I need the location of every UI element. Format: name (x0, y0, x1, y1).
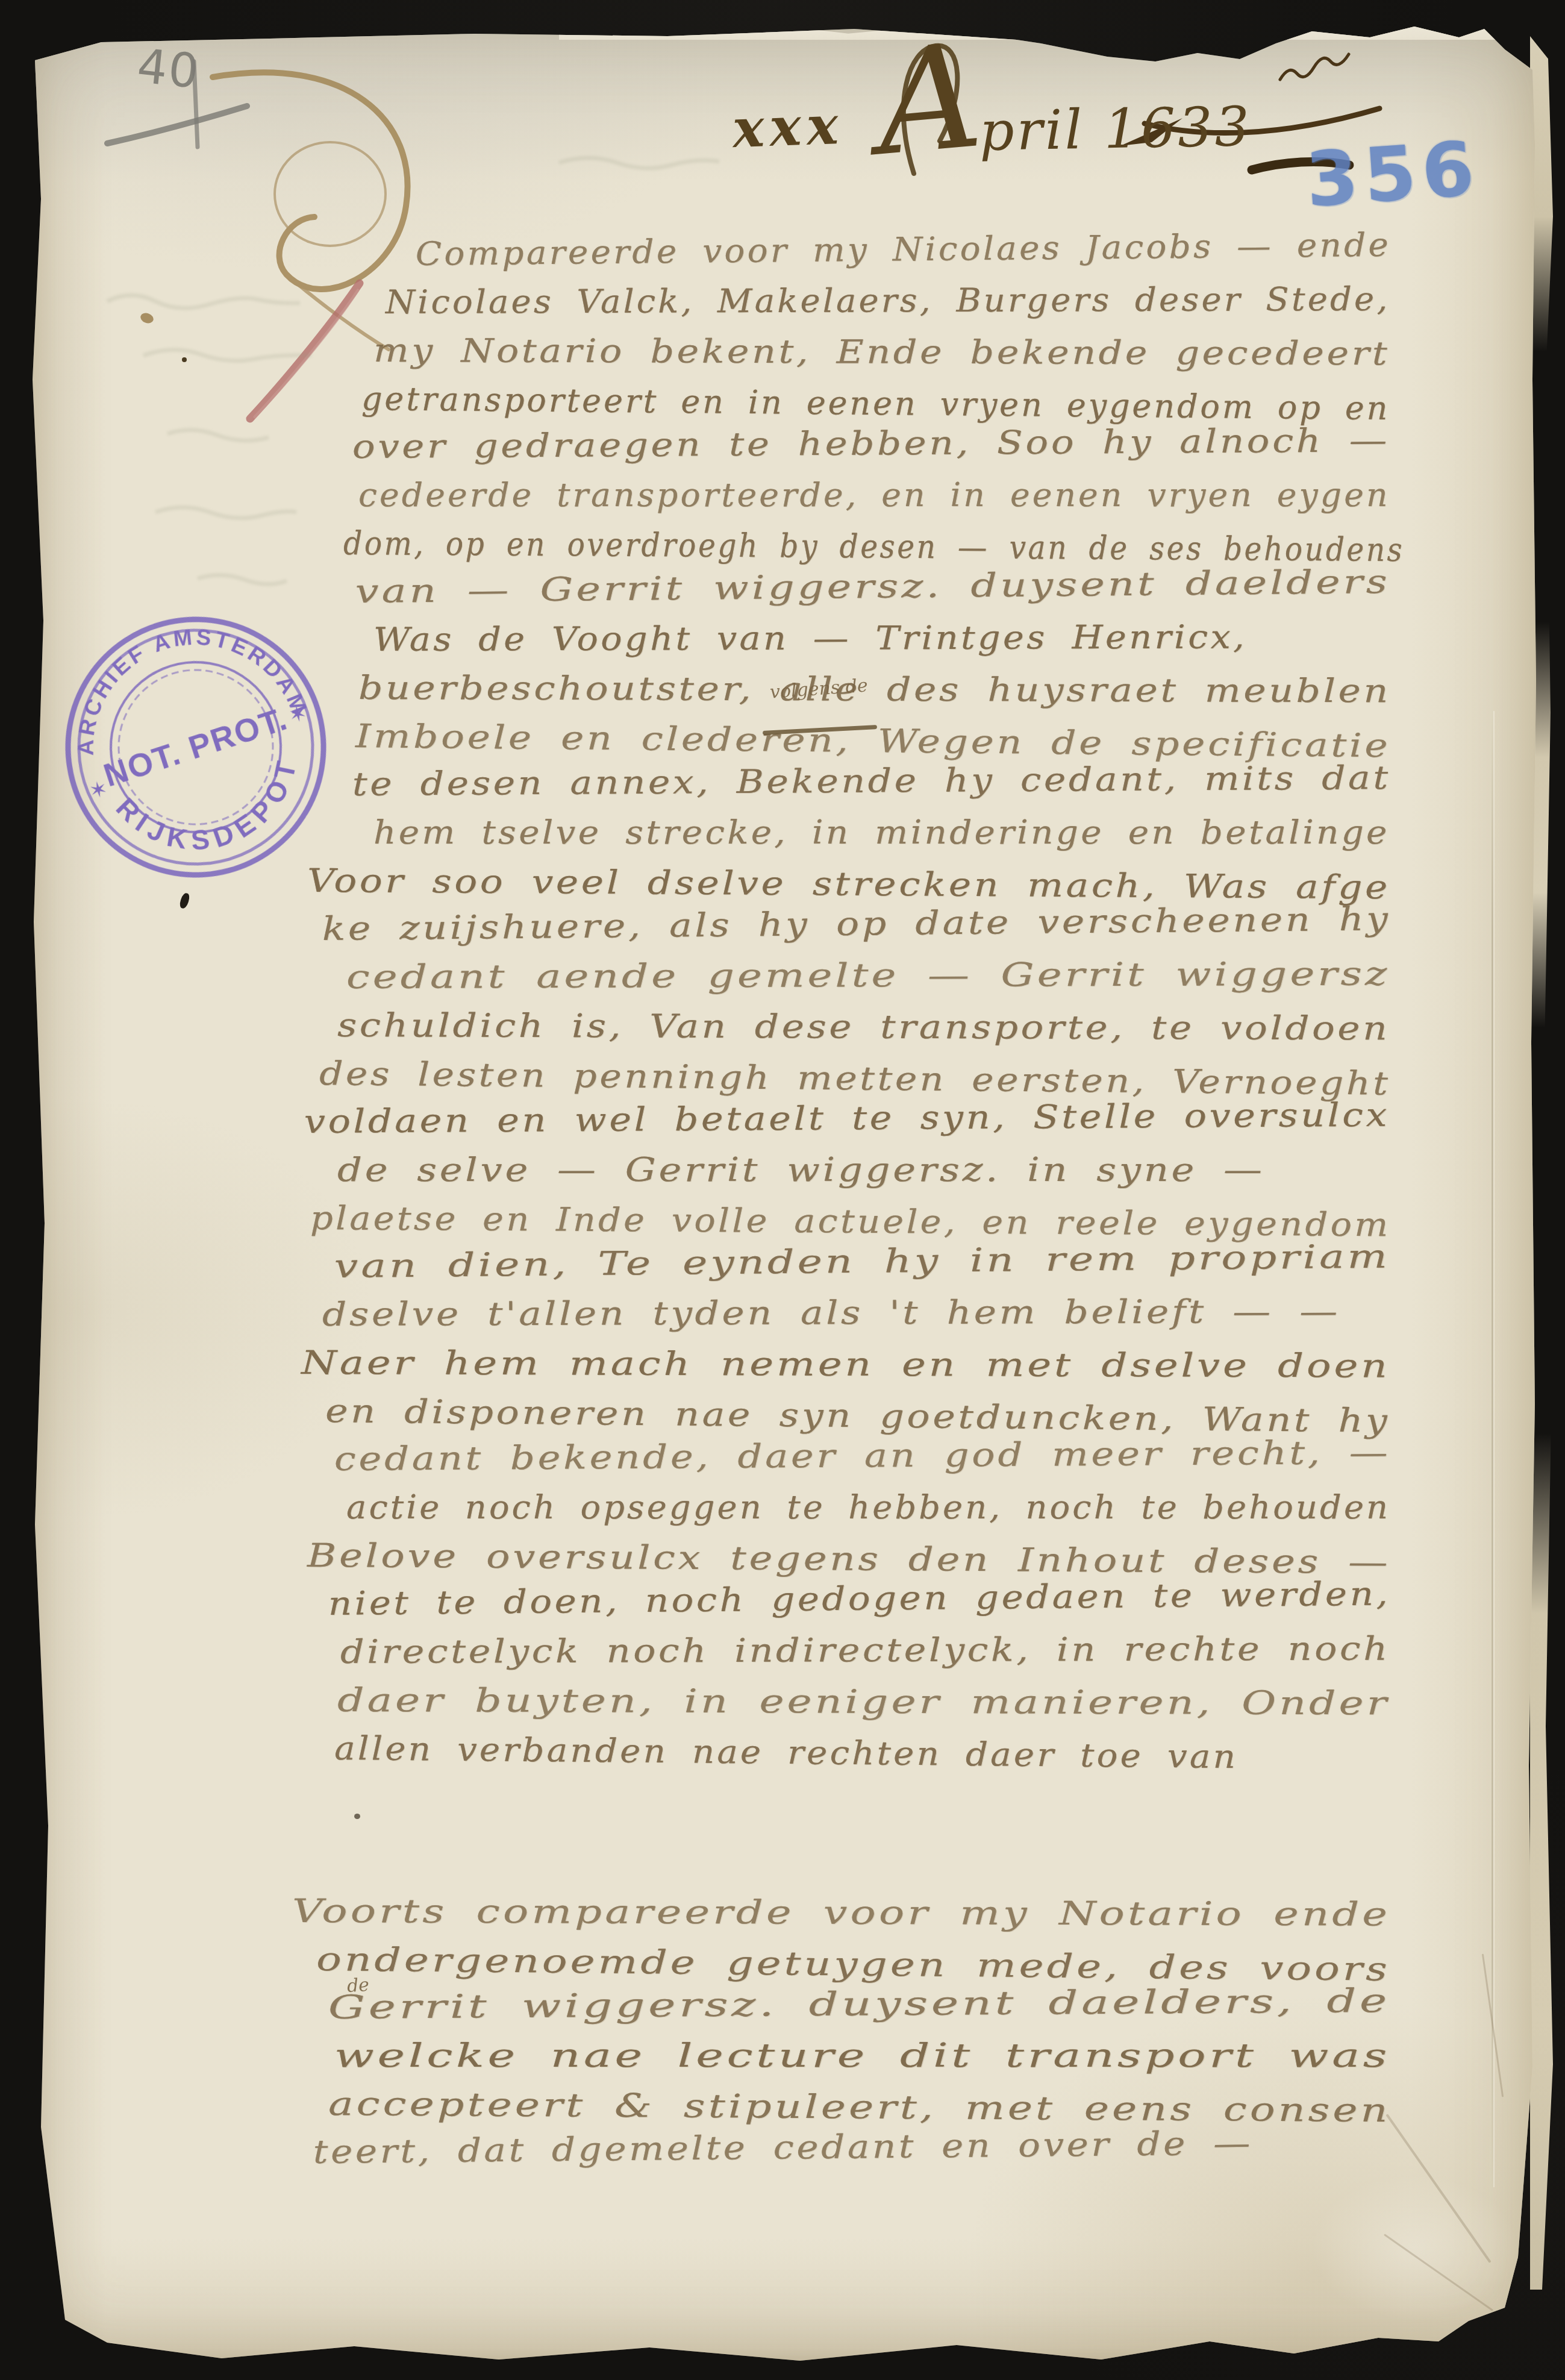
manuscript-line: de selve — Gerrit wiggersz. in syne — (301, 1146, 1482, 1194)
manuscript-line: teert, dat dgemelte cedant en over de — (301, 2128, 1482, 2176)
ink-speck (354, 1814, 360, 1819)
manuscript-line: welcke nae lecture dit transport was (301, 2032, 1482, 2080)
manuscript-line: Compareerde voor my Nicolaes Jacobs — en… (301, 230, 1482, 278)
manuscript-line: allen verbanden nae rechten daer toe van (301, 1724, 1482, 1773)
manuscript-text: Compareerde voor my Nicolaes Jacobs — en… (301, 230, 1482, 2176)
manuscript-line: van dien, Te eynden hy in rem propriam (301, 1242, 1482, 1291)
manuscript-line: actie noch opseggen te hebben, noch te b… (301, 1483, 1482, 1532)
manuscript-line: Imboele en clederen, Wegen de specificat… (301, 712, 1482, 760)
manuscript-line: voldaen en wel betaelt te syn, Stelle ov… (301, 1098, 1482, 1146)
blue-archive-number: 356 (1303, 125, 1482, 224)
manuscript-line: buerbeschoutster, alle des huysraet meub… (301, 664, 1482, 712)
manuscript-line: ke zuijshuere, als hy op date verscheene… (301, 905, 1482, 953)
manuscript-line: Nicolaes Valck, Makelaers, Burgers deser… (301, 278, 1482, 327)
date-day-numerals: xxx (731, 93, 845, 160)
date-month-year: pril 1633 (979, 95, 1252, 163)
manuscript-line: Was de Vooght van — Trintges Henricx, (301, 616, 1482, 664)
manuscript-line: ondergenoemde getuygen mede, des voors (301, 1935, 1482, 1984)
manuscript-paper: 40 (17, 18, 1549, 2364)
manuscript-line: daer buyten, in eeniger manieren, Onder (301, 1676, 1482, 1724)
manuscript-line: my Notario bekent, Ende bekende gecedeer… (301, 327, 1482, 375)
manuscript-line: hem tselve strecke, in minderinge en bet… (301, 809, 1482, 857)
ink-speck (182, 357, 187, 362)
paragraph-2: Voorts compareerde voor my Notario endeo… (301, 1887, 1482, 2176)
manuscript-line: dselve t'allen tyden als 't hem belieft … (301, 1291, 1482, 1339)
manuscript-line: des lesten penningh metten eersten, Vern… (301, 1050, 1482, 1098)
scanned-document-page: 40 (0, 0, 1565, 2380)
manuscript-line: cedant aende gemelte — Gerrit wiggersz (301, 953, 1482, 1001)
manuscript-line: accepteert & stipuleert, met eens consen (301, 2080, 1482, 2128)
manuscript-line: niet te doen, noch gedogen gedaen te wer… (301, 1580, 1482, 1628)
manuscript-line: cedant bekende, daer an god meer recht, … (301, 1435, 1482, 1483)
paper-crease (1492, 711, 1493, 2187)
manuscript-line: over gedraegen te hebben, Soo hy alnoch … (301, 423, 1482, 471)
interlinear-insertion: de (346, 1974, 370, 1997)
underlying-sheet-edge (1530, 36, 1557, 2290)
manuscript-line: en disponeren nae syn goetduncken, Want … (301, 1387, 1482, 1435)
manuscript-line: schuldich is, Van dese transporte, te vo… (301, 1001, 1482, 1050)
stamp-center-text: NOT. PROT. (99, 700, 292, 794)
manuscript-line: getransporteert en in eenen vryen eygend… (301, 375, 1482, 423)
manuscript-line: Voorts compareerde voor my Notario ende (301, 1887, 1482, 1935)
manuscript-line: van — Gerrit wiggersz. duysent daelders (301, 568, 1482, 616)
manuscript-line: cedeerde transporteerde, en in eenen vry… (301, 471, 1482, 519)
manuscript-line: Naer hem mach nemen en met dselve doen (301, 1339, 1482, 1387)
manuscript-line: directelyck noch indirectelyck, in recht… (301, 1628, 1482, 1676)
date-month-initial: A (871, 25, 987, 177)
paragraph-1: Compareerde voor my Nicolaes Jacobs — en… (301, 230, 1482, 1773)
wrinkled-corner-patch (1312, 2175, 1517, 2320)
manuscript-line: te desen annex, Bekende hy cedant, mits … (301, 760, 1482, 809)
manuscript-line: Gerrit wiggersz. duysent daelders, de (301, 1984, 1482, 2032)
